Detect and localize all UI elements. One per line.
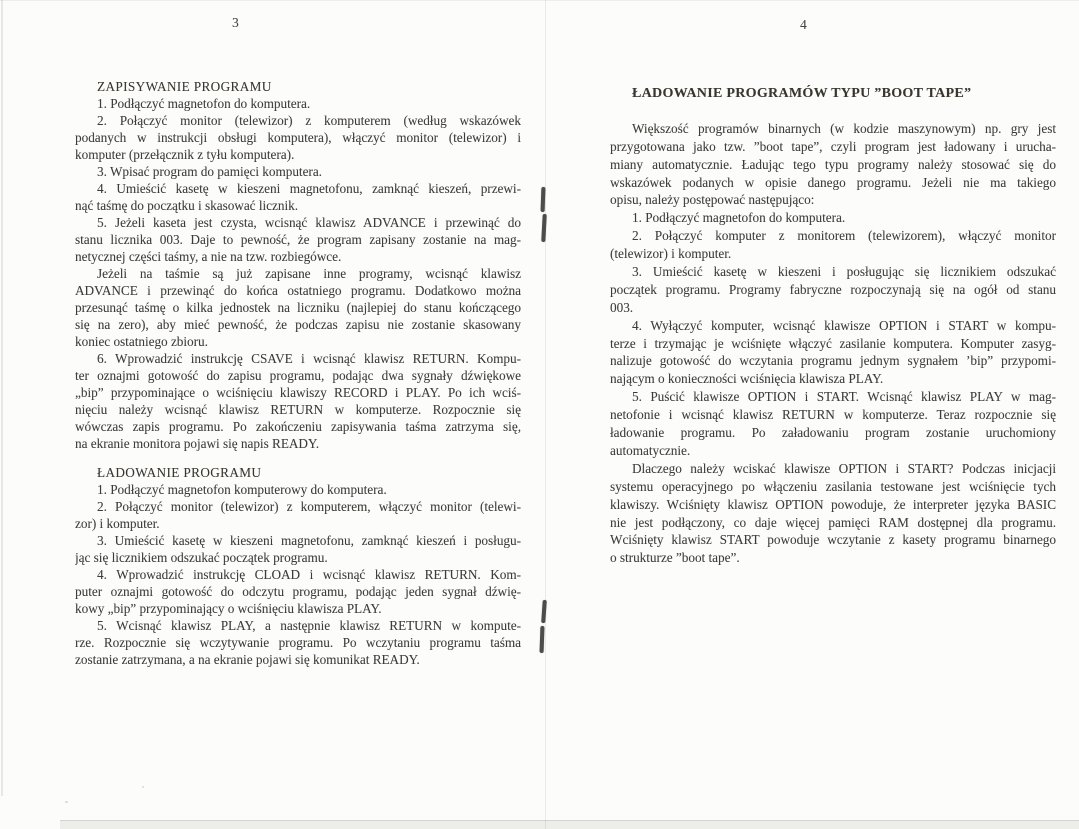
text-line: klawiszy. Wciśnięty klawisz OPTION powod… — [610, 496, 1056, 514]
paragraph: 5. Wcisnąć klawisz PLAY, a następnie kla… — [75, 617, 521, 668]
section: ZAPISYWANIE PROGRAMU1. Podłączyć magneto… — [75, 78, 521, 452]
text-line: wówczas zapis programu. Po zakończeniu z… — [75, 418, 521, 435]
text-line: nającym o konieczności wciśnięcia klawis… — [610, 370, 1056, 388]
section-heading: ŁADOWANIE PROGRAMU — [75, 464, 521, 481]
text-line: nąć taśmę do początku i skasować licznik… — [75, 197, 521, 214]
paragraph: 5. Jeżeli kaseta jest czysta, wcisnąć kl… — [75, 214, 521, 265]
text-line: 5. Jeżeli kaseta jest czysta, wcisnąć kl… — [75, 214, 521, 231]
text-line: 5. Puścić klawisze OPTION i START. Wcisn… — [610, 388, 1056, 406]
section: ŁADOWANIE PROGRAMU1. Podłączyć magnetofo… — [75, 464, 521, 668]
text-line: Dlaczego należy wciskać klawisze OPTION … — [610, 460, 1056, 478]
text-line: na ekranie monitora pojawi się napis REA… — [75, 435, 521, 452]
paragraph: 4. Umieścić kasetę w kieszeni magnetofon… — [75, 180, 521, 214]
text-line: netofonie i wcisnąć klawisz RETURN w kom… — [610, 406, 1056, 424]
scan-speck — [142, 786, 144, 788]
text-line: puter oznajmi gotowość do odczytu progra… — [75, 583, 521, 600]
text-line: 5. Wcisnąć klawisz PLAY, a następnie kla… — [75, 617, 521, 634]
text-line: stanu licznika 003. Daje to pewność, że … — [75, 231, 521, 248]
text-line: 2. Połączyć monitor (telewizor) z komput… — [75, 498, 521, 515]
scanned-manual-spread: 3 4 ZAPISYWANIE PROGRAMU1. Podłączyć mag… — [0, 0, 1079, 829]
text-line: o strukturze ”boot tape”. — [610, 549, 1056, 567]
scan-left-edge — [1, 0, 3, 796]
paragraph: 4. Wyłączyć komputer, wcisnąć klawisze O… — [610, 317, 1056, 389]
text-line: (telewizor) i komputer. — [610, 245, 1056, 263]
text-line: „bip” przypominające o wciśnięciu klawis… — [75, 384, 521, 401]
text-line: 1. Podłączyć magnetofon do komputera. — [75, 95, 521, 112]
paragraph: 5. Puścić klawisze OPTION i START. Wcisn… — [610, 388, 1056, 460]
text-line: początek programu. Programy fabryczne ro… — [610, 281, 1056, 299]
text-line: netycznej części taśmy, a nie na tzw. ro… — [75, 248, 521, 265]
text-line: 3. Umieścić kasetę w kieszeni magnetofon… — [75, 532, 521, 549]
text-line: koniec ostatniego zbioru. — [75, 333, 521, 350]
paragraph: 2. Połączyć monitor (telewizor) z komput… — [75, 498, 521, 532]
text-line: 1. Podłączyć magnetofon do komputera. — [610, 209, 1056, 227]
text-line: 3. Wpisać program do pamięci komputera. — [75, 163, 521, 180]
text-line: nie jest podłączony, co daje więcej pami… — [610, 514, 1056, 532]
left-page-text: ZAPISYWANIE PROGRAMU1. Podłączyć magneto… — [75, 78, 521, 668]
text-line: 3. Umieścić kasetę w kieszeni i posługuj… — [610, 263, 1056, 281]
text-line: przygotowana jako tzw. ”boot tape”, czyl… — [610, 138, 1056, 156]
section: ŁADOWANIE PROGRAMÓW TYPU ”BOOT TAPE”Więk… — [610, 85, 1056, 567]
text-line: się na zero), aby mieć pewność, że podcz… — [75, 316, 521, 333]
text-line: 2. Połączyć monitor (telewizor) z komput… — [75, 112, 521, 129]
paragraph: 2. Połączyć komputer z monitorem (telewi… — [610, 227, 1056, 263]
text-line: ADVANCE i przewinąć do końca ostatniego … — [75, 282, 521, 299]
text-line: Jeżeli na taśmie są już zapisane inne pr… — [75, 265, 521, 282]
binding-mark-bottom-lower — [540, 626, 545, 653]
text-line: 6. Wprowadzić instrukcję CSAVE i wcisnąć… — [75, 350, 521, 367]
text-line: 2. Połączyć komputer z monitorem (telewi… — [610, 227, 1056, 245]
text-line: ter oznajmi gotowość do zapisu programu,… — [75, 367, 521, 384]
paragraph: 6. Wprowadzić instrukcję CSAVE i wcisnąć… — [75, 350, 521, 452]
paragraph: 2. Połączyć monitor (telewizor) z komput… — [75, 112, 521, 163]
book-gutter-line — [545, 0, 546, 829]
paragraph: 1. Podłączyć magnetofon komputerowy do k… — [75, 481, 521, 498]
page-number-right: 4 — [800, 17, 807, 33]
paragraph: 3. Umieścić kasetę w kieszeni magnetofon… — [75, 532, 521, 566]
text-line: automatycznie. — [610, 442, 1056, 460]
text-line: kowy „bip” przypominający o wciśnięciu k… — [75, 600, 521, 617]
text-line: 4. Umieścić kasetę w kieszeni magnetofon… — [75, 180, 521, 197]
text-line: 4. Wyłączyć komputer, wcisnąć klawisze O… — [610, 317, 1056, 335]
text-line: opisu, należy postępować następująco: — [610, 191, 1056, 209]
text-line: nięciu należy wcisnąć klawisz RETURN w k… — [75, 401, 521, 418]
text-line: przesunąć taśmę o kilka jednostek na lic… — [75, 299, 521, 316]
text-line: Wciśnięty klawisz START powoduje wczytan… — [610, 531, 1056, 549]
paragraph: 1. Podłączyć magnetofon do komputera. — [75, 95, 521, 112]
text-line: Większość programów binarnych (w kodzie … — [610, 120, 1056, 138]
text-line: miany automatycznie. Ładując tego typu p… — [610, 156, 1056, 174]
paragraph: 4. Wprowadzić instrukcję CLOAD i wcisnąć… — [75, 566, 521, 617]
text-line: jąc się licznikiem odszukać początek pro… — [75, 549, 521, 566]
page-number-left: 3 — [232, 15, 239, 31]
paragraph: Dlaczego należy wciskać klawisze OPTION … — [610, 460, 1056, 567]
paragraph: Jeżeli na taśmie są już zapisane inne pr… — [75, 265, 521, 350]
text-line: systemu operacyjnego po włączeniu zasila… — [610, 478, 1056, 496]
text-line: zostanie zatrzymana, a na ekranie pojawi… — [75, 651, 521, 668]
section-heading: ZAPISYWANIE PROGRAMU — [75, 78, 521, 95]
paragraph: 3. Wpisać program do pamięci komputera. — [75, 163, 521, 180]
section-heading: ŁADOWANIE PROGRAMÓW TYPU ”BOOT TAPE” — [610, 85, 1056, 103]
scan-speck — [65, 801, 68, 803]
text-line: terze i trzymając je wciśnięte włączyć z… — [610, 335, 1056, 353]
text-line: zor) i komputer. — [75, 515, 521, 532]
right-page-text: ŁADOWANIE PROGRAMÓW TYPU ”BOOT TAPE”Więk… — [610, 85, 1056, 567]
text-line: 003. — [610, 299, 1056, 317]
paragraph: 3. Umieścić kasetę w kieszeni i posługuj… — [610, 263, 1056, 317]
text-line: 4. Wprowadzić instrukcję CLOAD i wcisnąć… — [75, 566, 521, 583]
text-line: ładowanie programu. Po załadowaniu progr… — [610, 424, 1056, 442]
scan-top-edge — [0, 0, 1079, 1]
text-line: nalizuje gotowość do wczytania programu … — [610, 352, 1056, 370]
paragraph: Większość programów binarnych (w kodzie … — [610, 120, 1056, 209]
text-line: podanych w instrukcji obsługi komputera)… — [75, 129, 521, 146]
text-line: 1. Podłączyć magnetofon komputerowy do k… — [75, 481, 521, 498]
scan-bottom-edge — [60, 820, 1079, 829]
text-line: wskazówek podanych w opisie danego progr… — [610, 174, 1056, 192]
text-line: komputer (przełącznik z tyłu komputera). — [75, 146, 521, 163]
paragraph: 1. Podłączyć magnetofon do komputera. — [610, 209, 1056, 227]
text-line: rze. Rozpocznie się wczytywanie programu… — [75, 634, 521, 651]
